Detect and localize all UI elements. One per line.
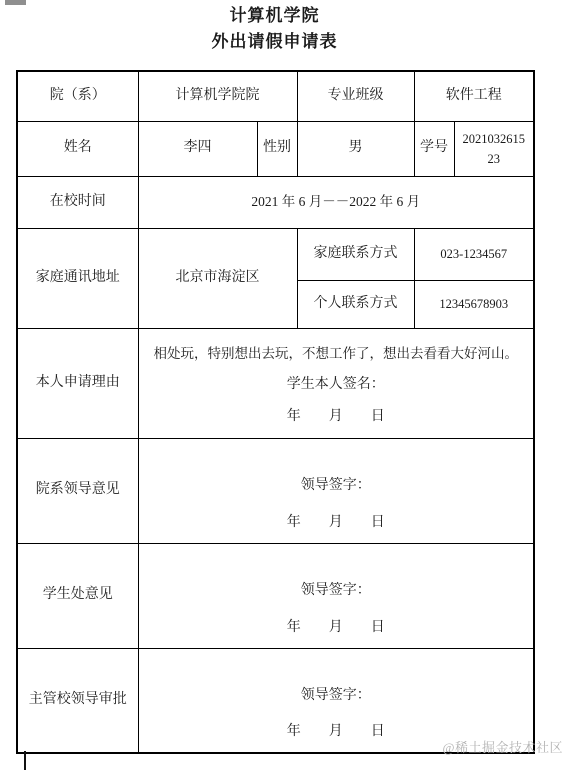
home-address-value-cell: 北京市海淀区 <box>138 228 297 328</box>
reason-content-cell: 相处玩，特别想出去玩，不想工作了，想出去看看大好河山。 学生本人签名： 年 月 … <box>138 328 534 438</box>
name-value-cell: 李四 <box>138 121 257 176</box>
student-id-label-cell: 学号 <box>414 121 454 176</box>
row-student-affairs-opinion: 学生处意见 领导签字： 年 月 日 <box>17 543 534 648</box>
student-affairs-opinion-content-cell: 领导签字： 年 月 日 <box>138 543 534 648</box>
major-class-label-cell: 专业班级 <box>297 71 414 121</box>
personal-contact-value-cell: 12345678903 <box>414 280 534 328</box>
scan-artifact-line <box>24 751 26 770</box>
reason-date-line: 年 月 日 <box>287 407 385 427</box>
title-form-name: 外出请假申请表 <box>16 29 533 55</box>
dept-leader-opinion-label-cell: 院系领导意见 <box>17 438 138 543</box>
row-dept-leader-opinion: 院系领导意见 领导签字： 年 月 日 <box>17 438 534 543</box>
student-signature-label: 学生本人签名： <box>287 375 385 395</box>
row-application-reason: 本人申请理由 相处玩，特别想出去玩，不想工作了，想出去看看大好河山。 学生本人签… <box>17 328 534 438</box>
major-class-value-cell: 软件工程 <box>414 71 534 121</box>
document-header: 计算机学院 外出请假申请表 <box>16 3 533 55</box>
reason-label-cell: 本人申请理由 <box>17 328 138 438</box>
dept-label-cell: 院（系） <box>17 71 138 121</box>
student-affairs-signature-block: 领导签字： 年 月 日 <box>139 544 534 647</box>
student-affairs-opinion-label-cell: 学生处意见 <box>17 543 138 648</box>
school-leader-signature-label: 领导签字： <box>301 686 371 706</box>
document-page: 计算机学院 外出请假申请表 院（系） 计算机学院院 专业班级 软件工程 姓名 李… <box>0 0 564 770</box>
gender-label-cell: 性别 <box>257 121 297 176</box>
gender-value-cell: 男 <box>297 121 414 176</box>
leave-application-form: 院（系） 计算机学院院 专业班级 软件工程 姓名 李四 性别 男 学号 2021… <box>16 70 535 754</box>
student-id-value-cell: 202103261523 <box>454 121 534 176</box>
student-affairs-date-line: 年 月 日 <box>287 618 385 638</box>
row-school-period: 在校时间 2021 年 6 月－－2022 年 6 月 <box>17 176 534 228</box>
reason-content: 相处玩，特别想出去玩，不想工作了，想出去看看大好河山。 学生本人签名： 年 月 … <box>139 329 534 437</box>
student-affairs-signature-label: 领导签字： <box>301 581 371 601</box>
personal-contact-label-cell: 个人联系方式 <box>297 280 414 328</box>
title-college: 计算机学院 <box>16 3 533 29</box>
school-leader-date-line: 年 月 日 <box>287 722 385 742</box>
school-period-value-cell: 2021 年 6 月－－2022 年 6 月 <box>138 176 534 228</box>
home-contact-value-cell: 023-1234567 <box>414 228 534 280</box>
home-contact-label-cell: 家庭联系方式 <box>297 228 414 280</box>
dept-value-cell: 计算机学院院 <box>138 71 297 121</box>
row-name-gender-id: 姓名 李四 性别 男 学号 202103261523 <box>17 121 534 176</box>
dept-leader-signature-block: 领导签字： 年 月 日 <box>139 439 534 542</box>
watermark: @稀土掘金技术社区 <box>443 737 563 756</box>
school-leader-approval-label-cell: 主管校领导审批 <box>17 648 138 753</box>
dept-leader-opinion-content-cell: 领导签字： 年 月 日 <box>138 438 534 543</box>
school-period-label-cell: 在校时间 <box>17 176 138 228</box>
row-home-contact: 家庭通讯地址 北京市海淀区 家庭联系方式 023-1234567 <box>17 228 534 280</box>
row-department: 院（系） 计算机学院院 专业班级 软件工程 <box>17 71 534 121</box>
name-label-cell: 姓名 <box>17 121 138 176</box>
dept-leader-signature-label: 领导签字： <box>301 476 371 496</box>
reason-text: 相处玩，特别想出去玩，不想工作了，想出去看看大好河山。 <box>154 344 519 364</box>
home-address-label-cell: 家庭通讯地址 <box>17 228 138 328</box>
dept-leader-date-line: 年 月 日 <box>287 513 385 533</box>
